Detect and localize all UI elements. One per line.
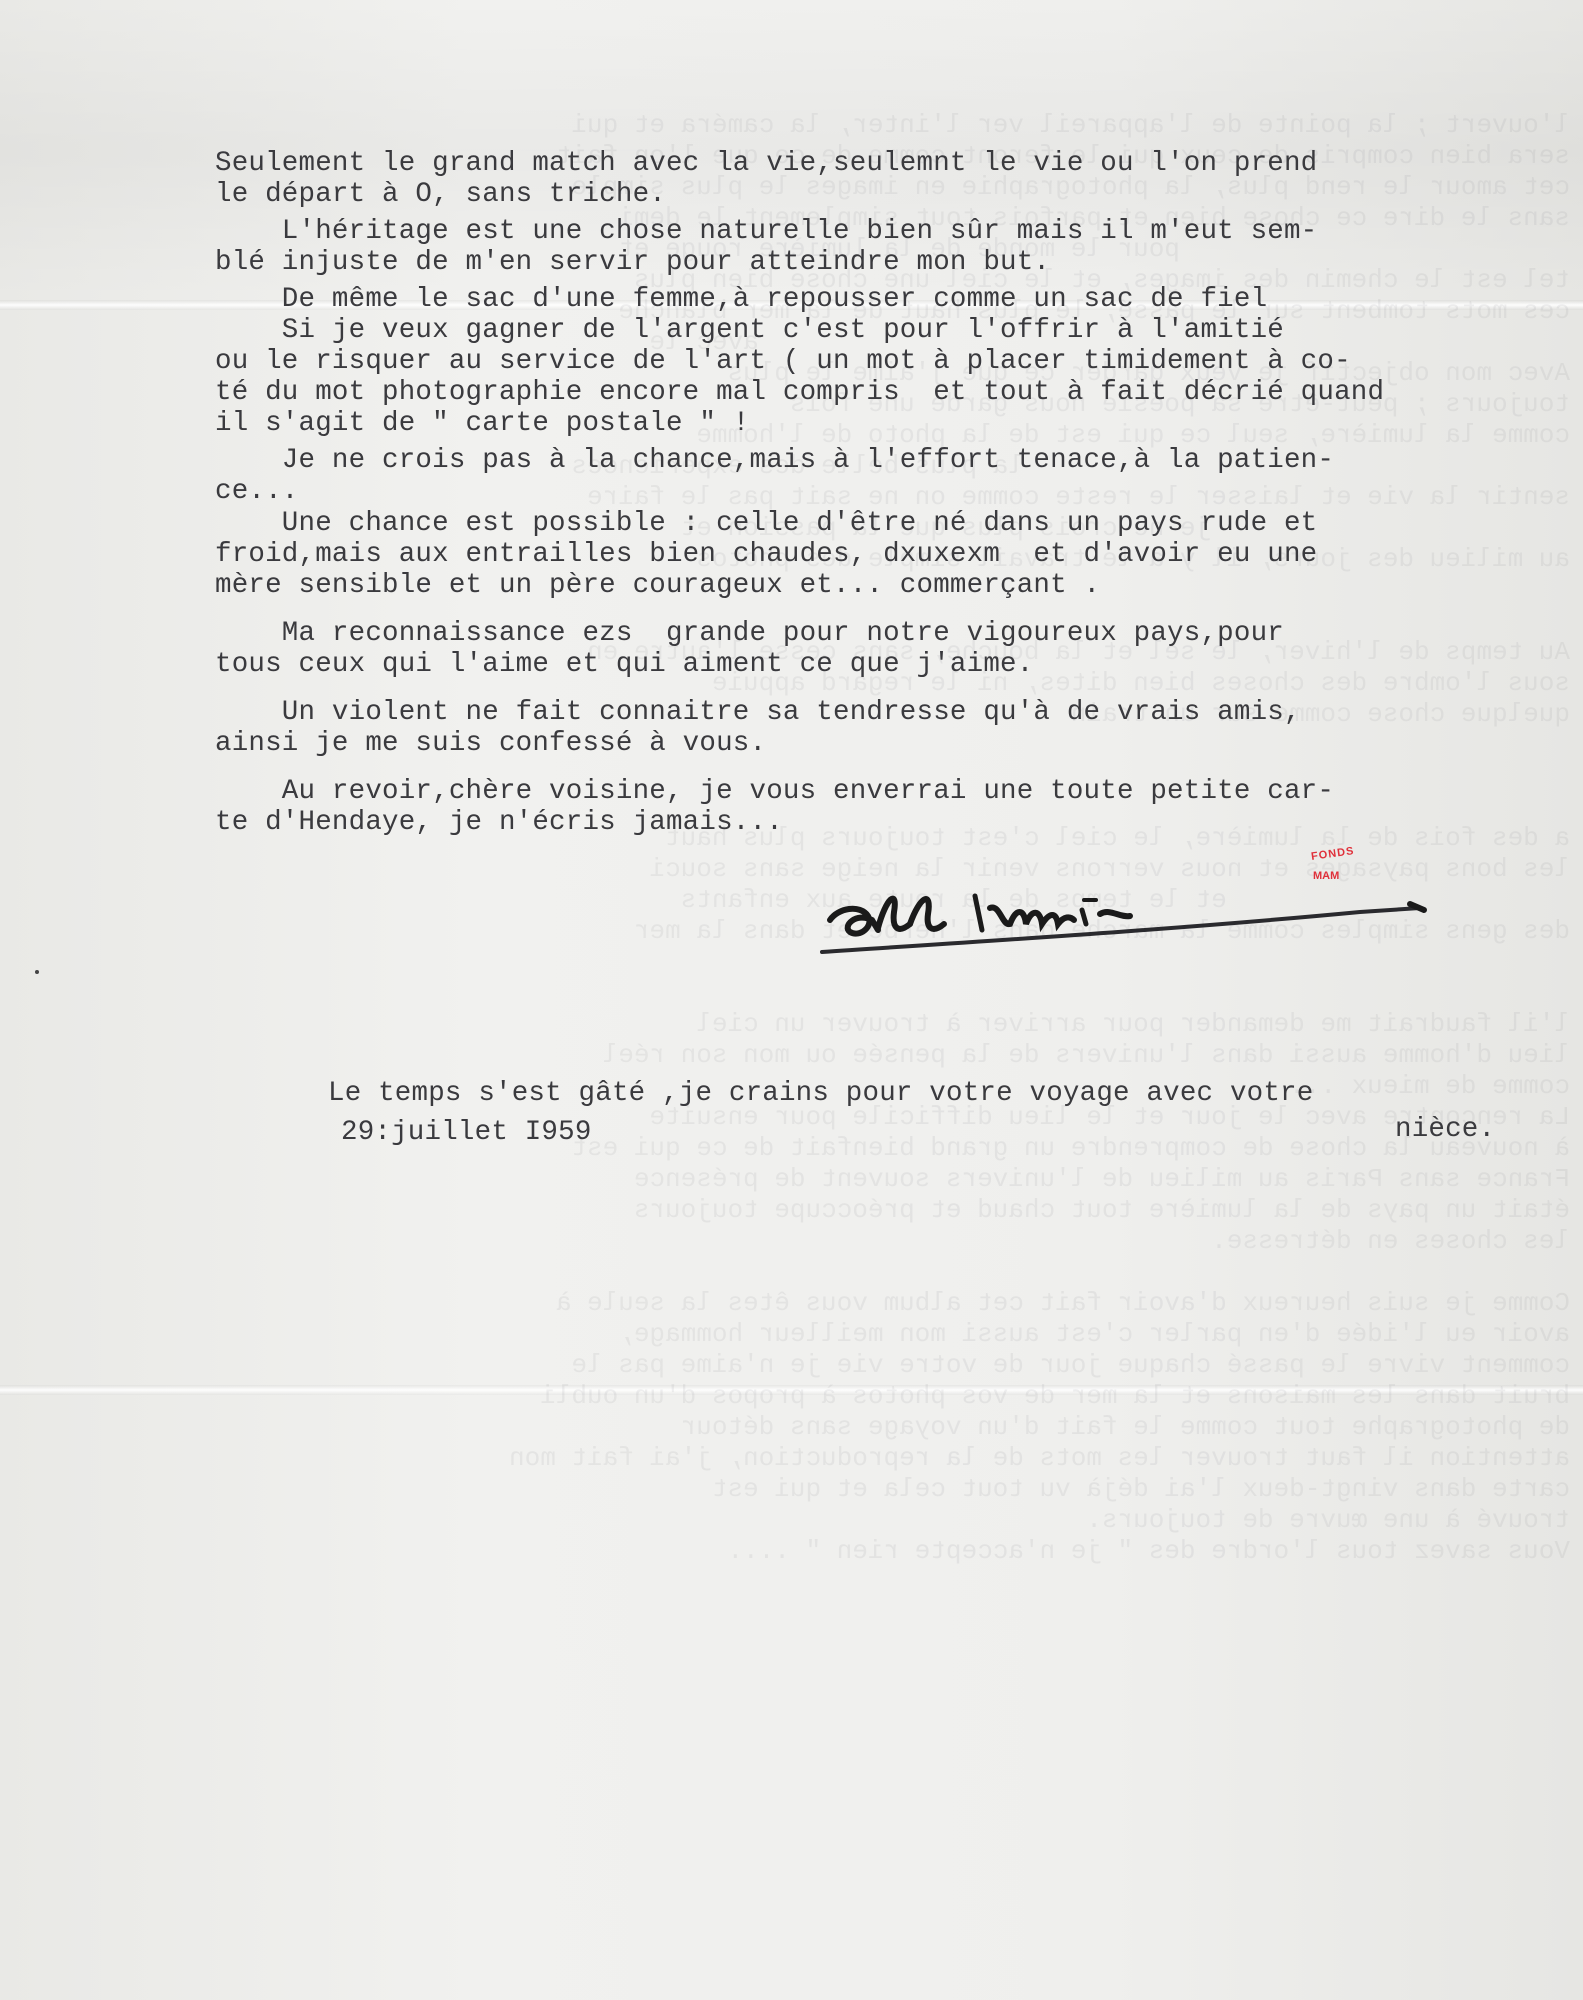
letter-line: L'héritage est une chose naturelle bien …: [215, 216, 1317, 248]
letter-date: 29:juillet I959: [341, 1117, 592, 1149]
postscript-end: nièce.: [1395, 1114, 1495, 1146]
letter-line: Seulement le grand match avec la vie,seu…: [215, 148, 1317, 180]
ink-speck: [35, 970, 39, 974]
letter-line: te d'Hendaye, je n'écris jamais...: [215, 807, 783, 839]
letter-line: il s'agit de " carte postale " !: [215, 408, 750, 440]
letter-line: Au revoir,chère voisine, je vous enverra…: [215, 776, 1334, 808]
letter-line: té du mot photographie encore mal compri…: [215, 377, 1384, 409]
letter-page: l'ouvert ; la pointe de l'appareil ver l…: [0, 0, 1583, 2000]
letter-line: Un violent ne fait connaitre sa tendress…: [215, 697, 1301, 729]
letter-line: froid,mais aux entrailles bien chaudes, …: [215, 539, 1317, 571]
letter-line: tous ceux qui l'aime et qui aiment ce qu…: [215, 649, 1033, 681]
letter-line: mère sensible et un père courageux et...…: [215, 570, 1100, 602]
letter-line: blé injuste de m'en servir pour atteindr…: [215, 247, 1050, 279]
stamp-top-text: FONDS: [1310, 845, 1355, 863]
letter-line: Ma reconnaissance ezs grande pour notre …: [215, 618, 1284, 650]
letter-line: Une chance est possible : celle d'être n…: [215, 508, 1317, 540]
letter-line: ce...: [215, 476, 299, 508]
letter-line: Je ne crois pas à la chance,mais à l'eff…: [215, 445, 1334, 477]
letter-line: le départ à O, sans triche.: [215, 179, 666, 211]
letter-line: ainsi je me suis confessé à vous.: [215, 728, 766, 760]
stamp-bottom-text: MAM: [1313, 870, 1339, 882]
letter-line: Si je veux gagner de l'argent c'est pour…: [215, 315, 1284, 347]
letter-line: De même le sac d'une femme,à repousser c…: [215, 284, 1267, 316]
archive-stamp: FONDS MAM: [1307, 848, 1367, 892]
letter-line: ou le risquer au service de l'art ( un m…: [215, 346, 1351, 378]
postscript: Le temps s'est gâté ,je crains pour votr…: [328, 1078, 1313, 1110]
